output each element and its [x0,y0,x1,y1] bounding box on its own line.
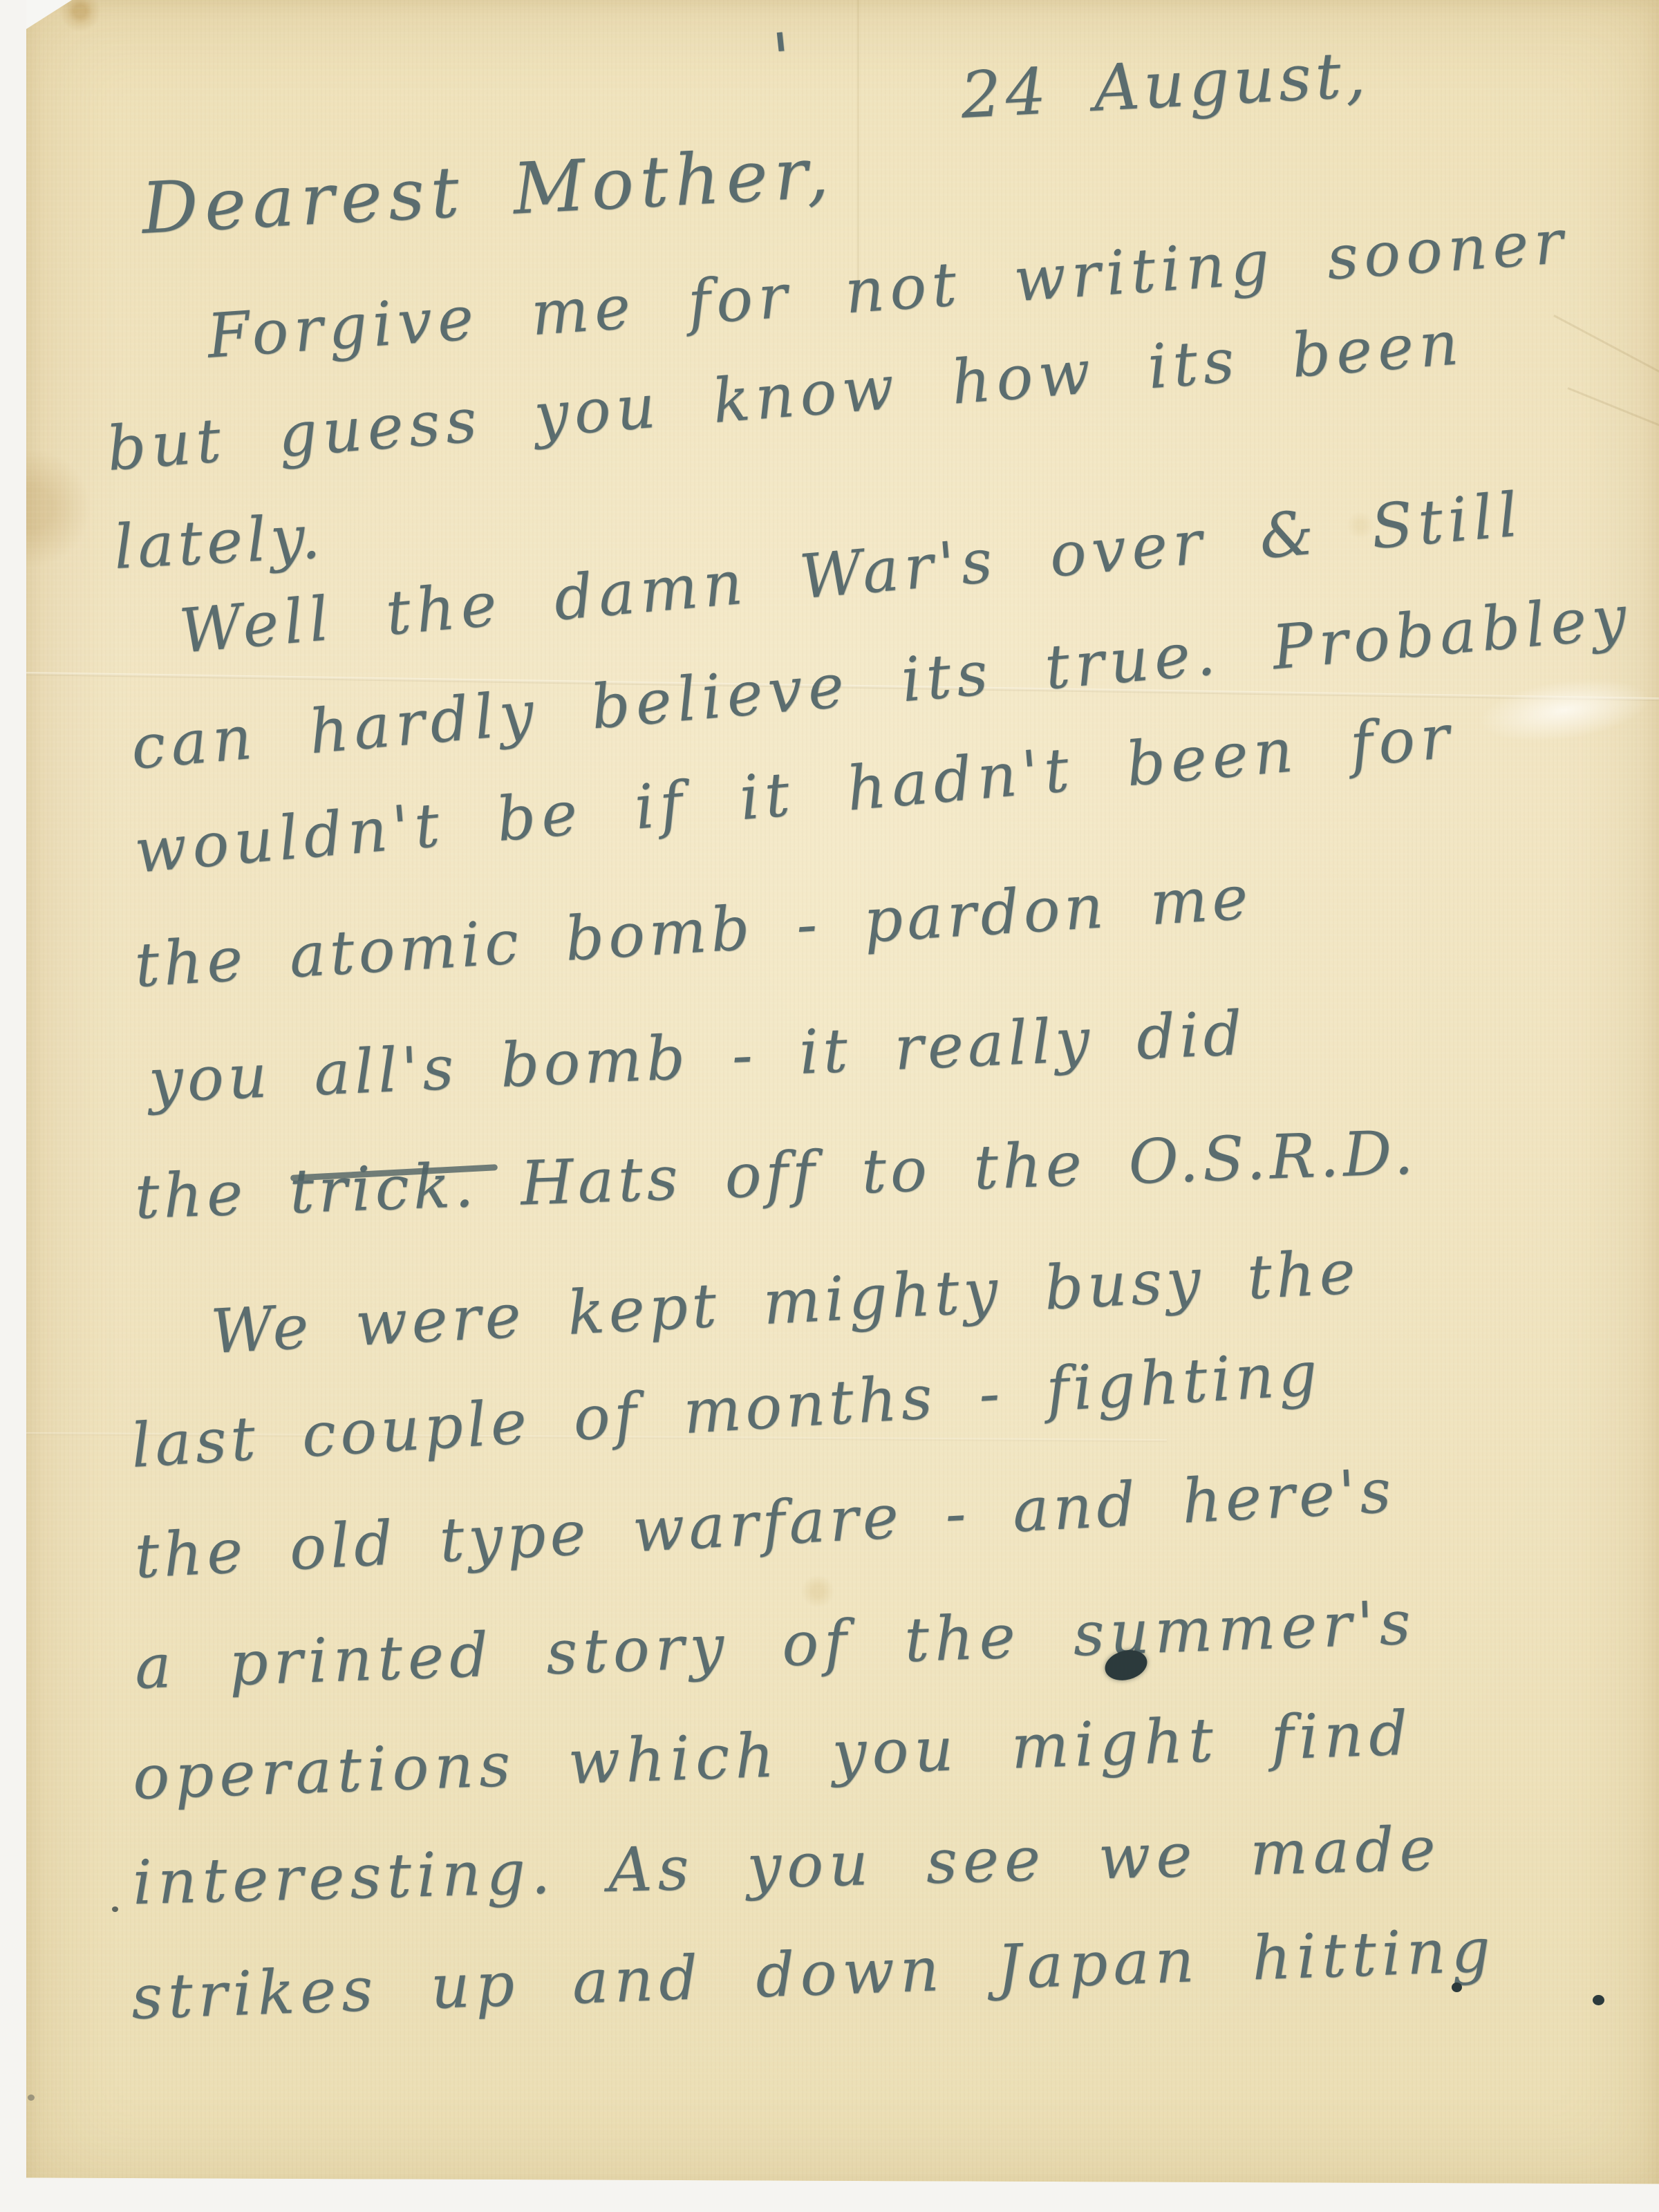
ink-dot [1452,1983,1462,1992]
torn-corner [26,0,72,29]
body-line: lately. [112,500,326,583]
body-line: the old type warfare - and here's [133,1455,1396,1592]
body-line: strikes up and down Japan hitting [130,1914,1497,2033]
paper-speck [28,2094,35,2101]
body-line: operations which you might find [131,1697,1414,1813]
body-line: you all's bomb - it really did [147,997,1248,1116]
salutation: Dearest Mother, [140,132,837,250]
edge-wrinkle [1567,387,1659,428]
scanner-bed: { "document": { "kind": "handwritten let… [0,0,1659,2212]
stray-pen-mark: ' [769,17,800,100]
body-line: interesting. As you see we made [132,1812,1442,1918]
ink-dot [1593,1995,1604,2005]
letter-page: ' 24 August, Dearest Mother, Forgive me … [26,0,1659,2193]
vertical-crease [857,0,859,297]
ink-speck [112,1906,118,1912]
body-line: the atomic bomb - pardon me [133,861,1254,1001]
crumple-patch [1474,669,1653,751]
body-line: a printed story of the summer's [133,1586,1417,1703]
date-line: 24 August, [959,37,1371,133]
edge-wrinkle [1553,315,1659,375]
